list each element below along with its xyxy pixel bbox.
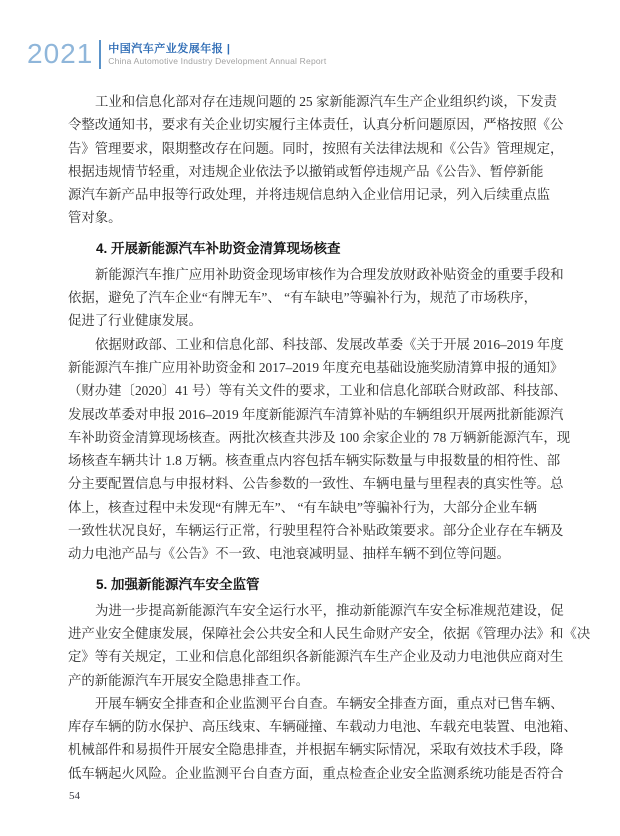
header-divider: [99, 40, 101, 69]
header-titles: 中国汽车产业发展年报 | China Automotive Industry D…: [108, 42, 326, 67]
text-line: 为进一步提高新能源汽车安全运行水平，推动新能源汽车安全标准规范建设，促: [68, 599, 554, 622]
text-line: 根据违规情节轻重，对违规企业依法予以撤销或暂停违规产品《公告》、暂停新能: [68, 160, 554, 183]
text-line: 开展车辆安全排查和企业监测平台自查。车辆安全排查方面，重点对已售车辆、: [68, 692, 554, 715]
page-footer: 54: [69, 786, 80, 804]
paragraph: 新能源汽车推广应用补助资金现场审核作为合理发放财政补贴资金的重要手段和依据，避免…: [68, 263, 554, 333]
page-number: 54: [69, 790, 80, 802]
text-line: 定》等有关规定，工业和信息化部组织各新能源汽车生产企业及动力电池供应商对生: [68, 645, 554, 668]
paragraph: 依据财政部、工业和信息化部、科技部、发展改革委《关于开展 2016–2019 年…: [68, 333, 554, 566]
report-page: 2021 中国汽车产业发展年报 | China Automotive Indus…: [0, 0, 620, 836]
text-line: 促进了行业健康发展。: [68, 309, 554, 332]
text-line: 新能源汽车推广应用补助资金和 2017–2019 年度充电基础设施奖励清算申报的…: [68, 356, 554, 379]
text-line: 管对象。: [68, 206, 554, 229]
text-line: 工业和信息化部对存在违规问题的 25 家新能源汽车生产企业组织约谈，下发责: [68, 90, 554, 113]
text-line: 低车辆起火风险。企业监测平台自查方面，重点检查企业安全监测系统功能是否符合: [68, 762, 554, 785]
text-line: （财办建〔2020〕41 号）等有关文件的要求，工业和信息化部联合财政部、科技部…: [68, 379, 554, 402]
text-line: 令整改通知书，要求有关企业切实履行主体责任，认真分析问题原因，严格按照《公: [68, 113, 554, 136]
text-line: 车补助资金清算现场核查。两批次核查共涉及 100 余家企业的 78 万辆新能源汽…: [68, 426, 554, 449]
text-line: 产的新能源汽车开展安全隐患排查工作。: [68, 669, 554, 692]
text-line: 库存车辆的防水保护、高压线束、车辆碰撞、车载动力电池、车载充电装置、电池箱、: [68, 715, 554, 738]
text-line: 体上，核查过程中未发现“有牌无车”、 “有车缺电”等骗补行为，大部分企业车辆: [68, 496, 554, 519]
text-line: 机械部件和易损件开展安全隐患排查，并根据车辆实际情况，采取有效技术手段，降: [68, 738, 554, 761]
section-heading: 5. 加强新能源汽车安全监管: [68, 575, 554, 595]
paragraph: 工业和信息化部对存在违规问题的 25 家新能源汽车生产企业组织约谈，下发责令整改…: [68, 90, 554, 230]
paragraph: 开展车辆安全排查和企业监测平台自查。车辆安全排查方面，重点对已售车辆、库存车辆的…: [68, 692, 554, 785]
text-line: 场核查车辆共计 1.8 万辆。核查重点内容包括车辆实际数量与申报数量的相符性、部: [68, 449, 554, 472]
text-line: 告》管理要求，限期整改存在问题。同时，按照有关法律法规和《公告》管理规定，: [68, 137, 554, 160]
section-heading: 4. 开展新能源汽车补助资金清算现场核查: [68, 239, 554, 259]
text-line: 发展改革委对申报 2016–2019 年度新能源汽车清算补贴的车辆组织开展两批新…: [68, 403, 554, 426]
text-line: 一致性状况良好，车辆运行正常，行驶里程符合补贴政策要求。部分企业存在车辆及: [68, 519, 554, 542]
header-year: 2021: [27, 39, 93, 69]
text-line: 源汽车新产品申报等行政处理，并将违规信息纳入企业信用记录，列入后续重点监: [68, 183, 554, 206]
text-line: 进产业安全健康发展，保障社会公共安全和人民生命财产安全，依据《管理办法》和《决: [68, 622, 554, 645]
text-line: 依据财政部、工业和信息化部、科技部、发展改革委《关于开展 2016–2019 年…: [68, 333, 554, 356]
text-line: 分主要配置信息与申报材料、公告参数的一致性、车辆电量与里程表的真实性等。总: [68, 472, 554, 495]
text-line: 依据，避免了汽车企业“有牌无车”、 “有车缺电”等骗补行为，规范了市场秩序，: [68, 286, 554, 309]
document-body: 工业和信息化部对存在违规问题的 25 家新能源汽车生产企业组织约谈，下发责令整改…: [68, 90, 554, 785]
text-line: 新能源汽车推广应用补助资金现场审核作为合理发放财政补贴资金的重要手段和: [68, 263, 554, 286]
text-line: 动力电池产品与《公告》不一致、电池衰减明显、抽样车辆不到位等问题。: [68, 542, 554, 565]
header-title-cn: 中国汽车产业发展年报 |: [108, 42, 326, 56]
page-header: 2021 中国汽车产业发展年报 | China Automotive Indus…: [27, 39, 326, 69]
paragraph: 为进一步提高新能源汽车安全运行水平，推动新能源汽车安全标准规范建设，促进产业安全…: [68, 599, 554, 692]
header-title-en: China Automotive Industry Development An…: [108, 56, 326, 67]
